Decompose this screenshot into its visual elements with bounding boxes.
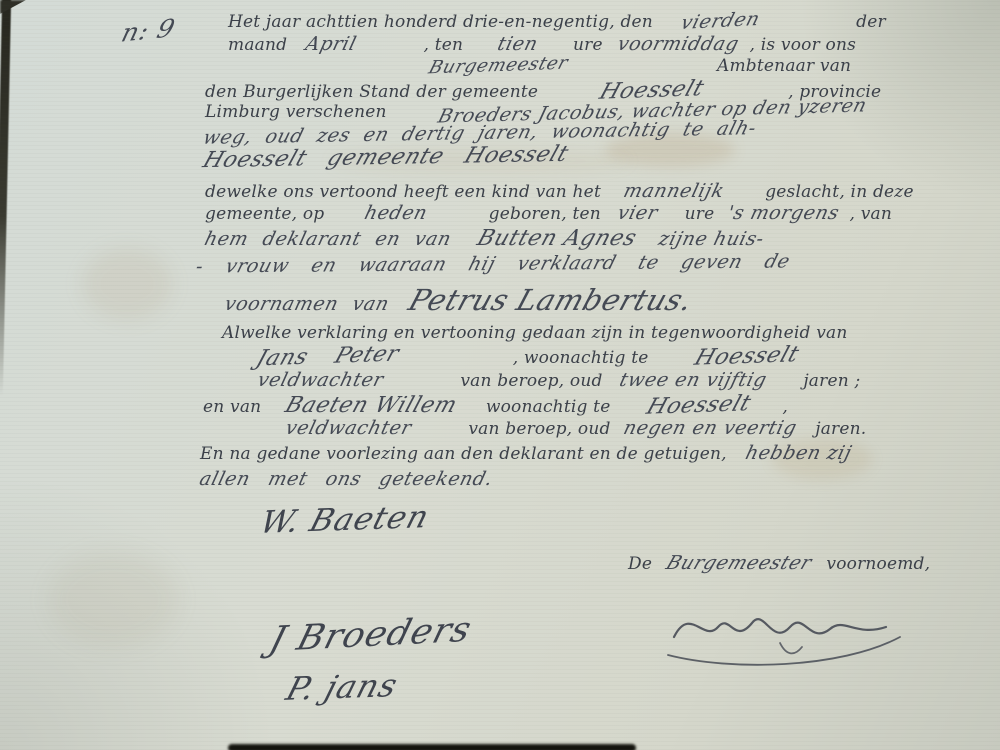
handwritten-mayor-title: Burgemeester — [663, 552, 815, 574]
handwritten-residence: Hoesselt gemeente Hoesselt — [200, 142, 572, 173]
printed-text: maand — [228, 35, 287, 55]
year-line: Het jaar achttien honderd drie-en-negent… — [228, 10, 886, 32]
declarant-line-2: weg, oud zes en dertig jaren, woonachtig… — [205, 122, 755, 144]
paper-stain — [82, 248, 172, 320]
handwritten-witness1-occupation: veldwachter — [255, 369, 386, 391]
handwritten-text: - vrouw en waaraan hij verklaard te geve… — [193, 250, 793, 277]
printed-text: Ambtenaar van — [717, 56, 851, 76]
handwritten-official-title: Burgemeester — [426, 53, 570, 79]
closing-line-2: allen met ons geteekend. — [200, 468, 493, 490]
mother-line-2: - vrouw en waaraan hij verklaard te geve… — [197, 253, 789, 275]
handwritten-text: hem deklarant en van — [202, 228, 454, 250]
signature-j-broeders: J Broeders — [265, 610, 476, 660]
printed-text: Het jaar achttien honderd drie-en-negent… — [228, 12, 653, 32]
photo-top-left-corner — [0, 0, 26, 14]
printed-text: , — [782, 397, 788, 417]
witness2-line: en van Baeten Willem woonachtig te Hoess… — [203, 393, 788, 418]
declarant-line: Limburg verschenen Broeders Jacobus, wac… — [205, 100, 865, 122]
printed-text: gemeente, op — [205, 204, 324, 224]
printed-text: En na gedane voorlezing aan den deklaran… — [200, 444, 727, 464]
handwritten-text: zijne huis- — [656, 228, 766, 250]
photo-bottom-edge — [228, 744, 636, 750]
printed-text: ure — [573, 35, 603, 55]
printed-text: der — [856, 12, 886, 32]
mayor-signature — [660, 585, 910, 675]
printed-text: woonachtig te — [486, 397, 611, 417]
handwritten-witness1-age: twee en vijftig — [617, 369, 769, 391]
signature-p-jans: P. jans — [282, 666, 403, 708]
child-names-line: voornamen van Petrus Lambertus. — [225, 283, 692, 317]
printed-text: dewelke ons vertoond heeft een kind van … — [205, 182, 601, 202]
printed-text: jaren ; — [803, 371, 860, 391]
witness-intro-line: Alwelke verklaring en vertooning gedaan … — [222, 323, 848, 343]
handwritten-birth-hour: vier — [615, 202, 660, 224]
handwritten-witness1-name: Jans Peter — [253, 342, 403, 372]
handwritten-child-names: Petrus Lambertus. — [404, 283, 697, 317]
printed-text: jaren. — [815, 419, 866, 439]
printed-text: , van — [850, 204, 893, 224]
printed-text: voornoemd, — [826, 554, 930, 574]
official-line: Burgemeester Ambtenaar van — [430, 55, 851, 76]
handwritten-witness2-age: negen en veertig — [621, 417, 799, 439]
handwritten-month: April — [304, 33, 360, 55]
residence-line: Hoesselt gemeente Hoesselt — [205, 145, 566, 170]
printed-text: van beroep, oud — [460, 371, 602, 391]
birth-time-line: gemeente, op heden geboren, ten vier ure… — [205, 202, 892, 224]
handwritten-hour: tien — [496, 33, 541, 55]
handwritten-daypart: voormiddag — [615, 33, 741, 55]
printed-text: , is voor ons — [750, 35, 856, 55]
witness1-line-2: veldwachter van beroep, oud twee en vijf… — [258, 369, 860, 391]
printed-text: en van — [203, 397, 261, 417]
handwritten-mother-name: Butten Agnes — [474, 226, 640, 251]
witness1-line: Jans Peter , woonachtig te Hoesselt — [258, 344, 797, 369]
closing-line: En na gedane voorlezing aan den deklaran… — [200, 442, 851, 464]
mayor-line: De Burgemeester voornoemd, — [628, 552, 930, 574]
printed-text: den Burgerlijken Stand der gemeente — [205, 82, 538, 102]
handwritten-gender: mannelijk — [621, 180, 727, 202]
month-line: maand April , ten tien ure voormiddag , … — [228, 33, 856, 55]
handwritten-text: allen met ons geteekend. — [197, 468, 495, 490]
act-number-line: n: 9 — [123, 16, 174, 45]
printed-text: ure — [685, 204, 715, 224]
printed-text: Limburg verschenen — [205, 102, 387, 122]
handwritten-witness2-residence: Hoesselt — [643, 391, 754, 420]
handwritten-birthday: heden — [363, 202, 431, 224]
photo-left-edge — [0, 0, 11, 396]
printed-text: geslacht, in deze — [765, 182, 914, 202]
printed-text: , woonachtig te — [513, 348, 649, 368]
printed-text: Alwelke verklaring en vertooning gedaan … — [222, 323, 848, 343]
mother-line: hem deklarant en van Butten Agnes zijne … — [205, 226, 764, 251]
act-number: n: 9 — [118, 13, 178, 47]
paper-stain — [48, 552, 178, 647]
printed-text: geboren, ten — [489, 204, 601, 224]
witness2-line-2: veldwachter van beroep, oud negen en vee… — [286, 417, 866, 439]
handwritten-witness1-residence: Hoesselt — [691, 342, 802, 371]
birth-certificate-photo: n: 9 Het jaar achttien honderd drie-en-n… — [0, 0, 1000, 750]
signature-w-baeten: W. Baeten — [256, 499, 434, 541]
printed-text: , ten — [424, 35, 464, 55]
child-presentation-line: dewelke ons vertoond heeft een kind van … — [205, 180, 914, 202]
handwritten-birth-daypart: 's morgens — [725, 202, 841, 224]
handwritten-text: hebben zij — [743, 442, 854, 464]
handwritten-day: vierden — [678, 8, 762, 34]
printed-text: De — [628, 554, 652, 574]
handwritten-witness2-occupation: veldwachter — [283, 417, 414, 439]
handwritten-text: voornamen van — [222, 293, 391, 315]
printed-text: van beroep, oud — [468, 419, 610, 439]
handwritten-witness2-name: Baeten Willem — [282, 393, 460, 418]
